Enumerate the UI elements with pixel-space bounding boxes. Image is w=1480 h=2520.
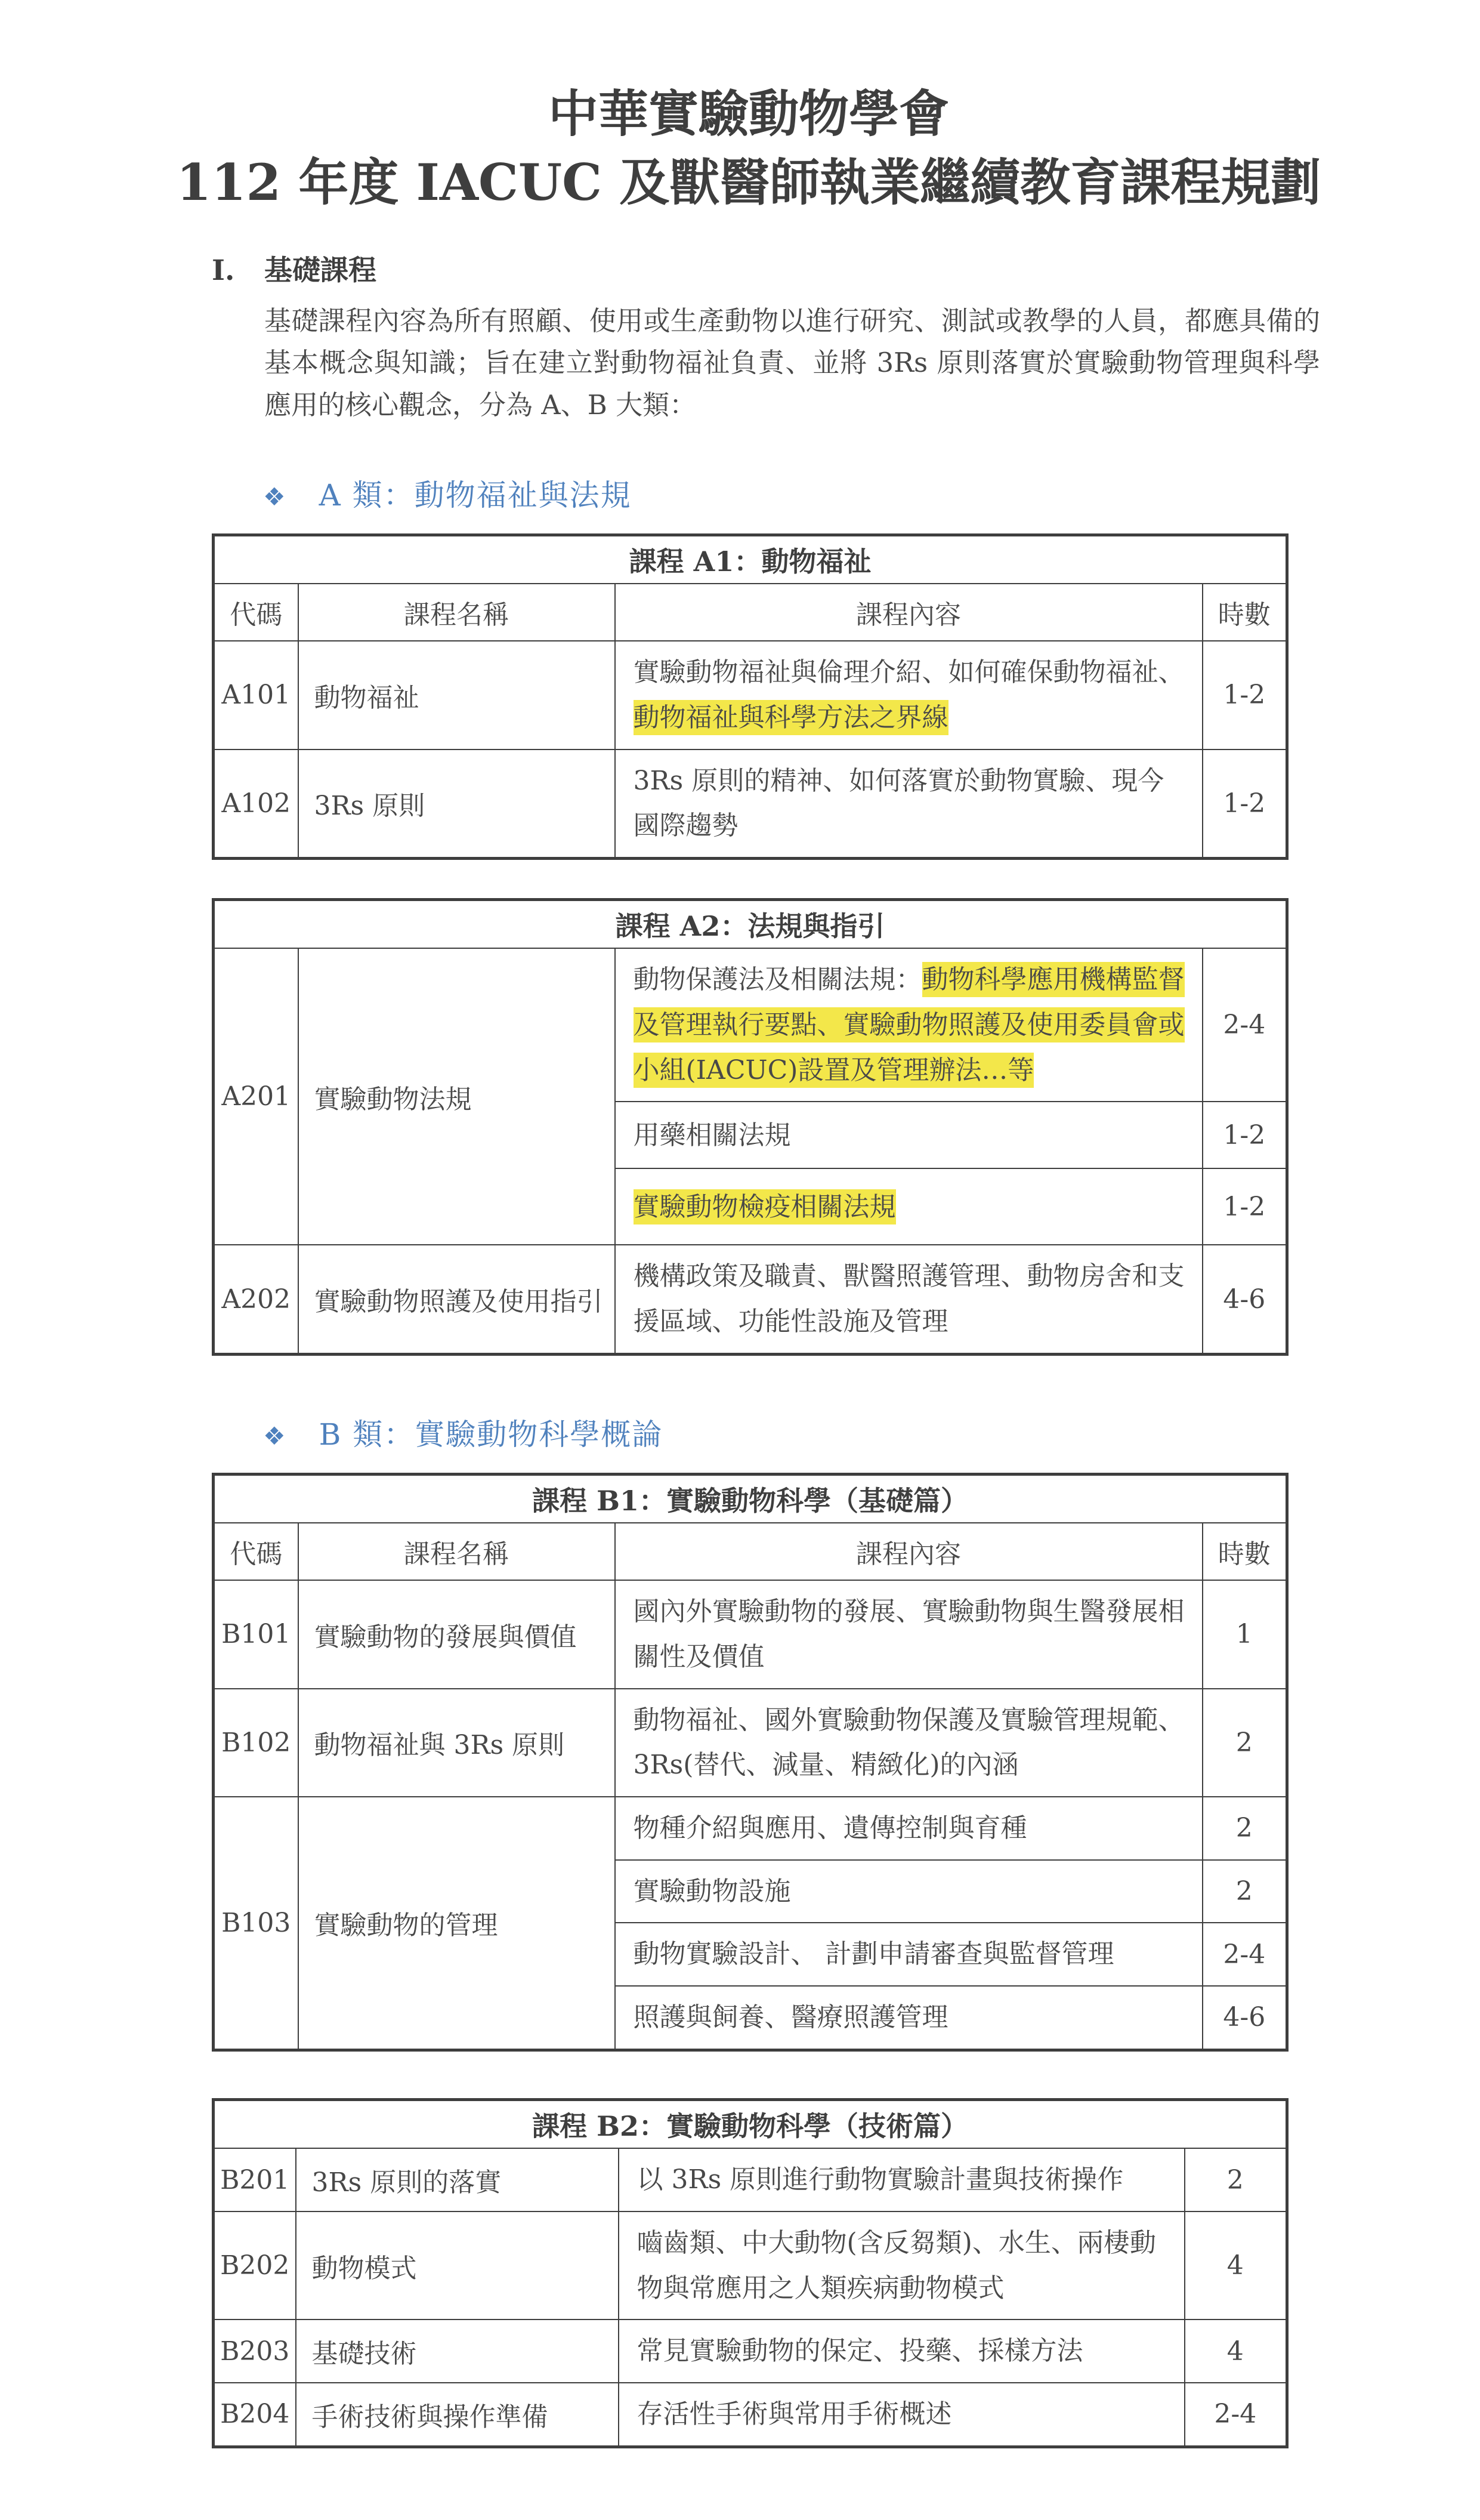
col-header-code: 代碼 <box>214 1523 298 1580</box>
table-header-row: 代碼 課程名稱 課程內容 時數 <box>214 584 1287 641</box>
course-table-b1: 課程 B1：實驗動物科學（基礎篇） 代碼 課程名稱 課程內容 時數 B101 實… <box>212 1473 1289 2052</box>
cell-course-name: 3Rs 原則的落實 <box>296 2148 619 2211</box>
cell-course-hours: 2 <box>1203 1689 1287 1797</box>
cell-course-name: 實驗動物的管理 <box>298 1797 615 2050</box>
cell-course-code: B102 <box>214 1689 298 1797</box>
section-title: 基礎課程 <box>264 248 376 288</box>
course-table-b2: 課程 B2：實驗動物科學（技術篇） B201 3Rs 原則的落實 以 3Rs 原… <box>212 2098 1289 2448</box>
cell-course-hours: 4 <box>1185 2319 1287 2383</box>
section-intro-paragraph: 基礎課程內容為所有照顧、使用或生產動物以進行研究、測試或教學的人員，都應具備的基… <box>264 300 1320 426</box>
cell-course-hours: 1-2 <box>1203 1102 1287 1168</box>
cell-course-hours: 1-2 <box>1203 641 1287 749</box>
course-table-a2: 課程 A2：法規與指引 A201 實驗動物法規 動物保護法及相關法規：動物科學應… <box>212 898 1289 1356</box>
table-title: 課程 B2：實驗動物科學（技術篇） <box>214 2099 1287 2148</box>
category-a-heading: ❖ A 類：動物福祉與法規 <box>212 471 1286 514</box>
cell-course-hours: 4 <box>1185 2211 1287 2319</box>
cell-course-code: A201 <box>214 948 298 1245</box>
cell-course-content: 照護與飼養、醫療照護管理 <box>615 1986 1203 2050</box>
table-row: A202 實驗動物照護及使用指引 機構政策及職責、獸醫照護管理、動物房舍和支援區… <box>214 1245 1287 1354</box>
cell-course-content: 3Rs 原則的精神、如何落實於動物實驗、現今國際趨勢 <box>615 749 1203 859</box>
table-title-row: 課程 B1：實驗動物科學（基礎篇） <box>214 1474 1287 1523</box>
cell-course-hours: 2 <box>1203 1860 1287 1923</box>
cell-course-content: 存活性手術與常用手術概述 <box>619 2383 1185 2447</box>
cell-course-content: 嚙齒類、中大動物(含反芻類)、水生、兩棲動物與常應用之人類疾病動物模式 <box>619 2211 1185 2319</box>
highlighted-text: 實驗動物檢疫相關法規 <box>634 1189 896 1224</box>
table-row: B101 實驗動物的發展與價值 國內外實驗動物的發展、實驗動物與生醫發展相關性及… <box>214 1580 1287 1688</box>
cell-course-code: B204 <box>214 2383 296 2447</box>
cell-course-hours: 4-6 <box>1203 1986 1287 2050</box>
cell-course-name: 動物模式 <box>296 2211 619 2319</box>
cell-course-code: B101 <box>214 1580 298 1688</box>
table-title: 課程 A1：動物福祉 <box>214 535 1287 584</box>
cell-course-code: B202 <box>214 2211 296 2319</box>
col-header-code: 代碼 <box>214 584 298 641</box>
section-number: I. <box>212 254 264 287</box>
cell-course-hours: 2-4 <box>1203 948 1287 1102</box>
cell-course-content: 動物保護法及相關法規：動物科學應用機構監督及管理執行要點、實驗動物照護及使用委員… <box>615 948 1203 1102</box>
course-table-a1: 課程 A1：動物福祉 代碼 課程名稱 課程內容 時數 A101 動物福祉 實驗動… <box>212 533 1289 860</box>
cell-course-code: A101 <box>214 641 298 749</box>
table-title-row: 課程 A2：法規與指引 <box>214 899 1287 948</box>
category-b-heading: ❖ B 類：實驗動物科學概論 <box>212 1411 1286 1454</box>
col-header-name: 課程名稱 <box>298 1523 615 1580</box>
table-title: 課程 A2：法規與指引 <box>214 899 1287 948</box>
cell-course-name: 3Rs 原則 <box>298 749 615 859</box>
cell-course-content: 動物福祉、國外實驗動物保護及實驗管理規範、3Rs(替代、減量、精緻化)的內涵 <box>615 1689 1203 1797</box>
cell-course-content: 實驗動物設施 <box>615 1860 1203 1923</box>
cell-course-content: 實驗動物福祉與倫理介紹、如何確保動物福祉、動物福祉與科學方法之界線 <box>615 641 1203 749</box>
cell-course-code: B103 <box>214 1797 298 2050</box>
cell-course-content: 國內外實驗動物的發展、實驗動物與生醫發展相關性及價值 <box>615 1580 1203 1688</box>
table-row: B204 手術技術與操作準備 存活性手術與常用手術概述 2-4 <box>214 2383 1287 2447</box>
cell-course-name: 基礎技術 <box>296 2319 619 2383</box>
cell-course-content: 動物實驗設計、 計劃申請審查與監督管理 <box>615 1923 1203 1986</box>
cell-course-hours: 2 <box>1185 2148 1287 2211</box>
cell-course-hours: 1 <box>1203 1580 1287 1688</box>
course-plan-title: 112 年度 IACUC 及獸醫師執業繼續教育課程規劃 <box>146 150 1351 215</box>
cell-course-name: 實驗動物法規 <box>298 948 615 1245</box>
diamond-bullet-icon: ❖ <box>263 482 286 511</box>
highlighted-text: 動物福祉與科學方法之界線 <box>634 700 948 735</box>
diamond-bullet-icon: ❖ <box>263 1421 286 1451</box>
col-header-content: 課程內容 <box>615 1523 1203 1580</box>
cell-course-content: 用藥相關法規 <box>615 1102 1203 1168</box>
cell-course-code: A102 <box>214 749 298 859</box>
cell-course-hours: 1-2 <box>1203 1168 1287 1245</box>
col-header-hours: 時數 <box>1203 584 1287 641</box>
table-row: B102 動物福祉與 3Rs 原則 動物福祉、國外實驗動物保護及實驗管理規範、3… <box>214 1689 1287 1797</box>
cell-course-content: 實驗動物檢疫相關法規 <box>615 1168 1203 1245</box>
table-title: 課程 B1：實驗動物科學（基礎篇） <box>214 1474 1287 1523</box>
cell-course-name: 手術技術與操作準備 <box>296 2383 619 2447</box>
category-a-label: A 類：動物福祉與法規 <box>319 471 632 514</box>
cell-course-name: 實驗動物照護及使用指引 <box>298 1245 615 1354</box>
section-heading: I. 基礎課程 <box>212 248 1286 288</box>
col-header-name: 課程名稱 <box>298 584 615 641</box>
table-row: A102 3Rs 原則 3Rs 原則的精神、如何落實於動物實驗、現今國際趨勢 1… <box>214 749 1287 859</box>
cell-course-content: 常見實驗動物的保定、投藥、採樣方法 <box>619 2319 1185 2383</box>
cell-course-content: 以 3Rs 原則進行動物實驗計畫與技術操作 <box>619 2148 1185 2211</box>
cell-course-hours: 2-4 <box>1203 1923 1287 1986</box>
cell-course-content: 物種介紹與應用、遺傳控制與育種 <box>615 1797 1203 1860</box>
table-title-row: 課程 A1：動物福祉 <box>214 535 1287 584</box>
col-header-hours: 時數 <box>1203 1523 1287 1580</box>
table-row: B203 基礎技術 常見實驗動物的保定、投藥、採樣方法 4 <box>214 2319 1287 2383</box>
table-row: B103 實驗動物的管理 物種介紹與應用、遺傳控制與育種 2 <box>214 1797 1287 1860</box>
cell-course-name: 動物福祉 <box>298 641 615 749</box>
org-title: 中華實驗動物學會 <box>146 82 1351 145</box>
table-row: A201 實驗動物法規 動物保護法及相關法規：動物科學應用機構監督及管理執行要點… <box>214 948 1287 1102</box>
cell-course-name: 實驗動物的發展與價值 <box>298 1580 615 1688</box>
table-header-row: 代碼 課程名稱 課程內容 時數 <box>214 1523 1287 1580</box>
table-title-row: 課程 B2：實驗動物科學（技術篇） <box>214 2099 1287 2148</box>
cell-course-name: 動物福祉與 3Rs 原則 <box>298 1689 615 1797</box>
cell-course-code: B203 <box>214 2319 296 2383</box>
cell-course-hours: 4-6 <box>1203 1245 1287 1354</box>
category-b-label: B 類：實驗動物科學概論 <box>319 1411 663 1454</box>
table-row: A101 動物福祉 實驗動物福祉與倫理介紹、如何確保動物福祉、動物福祉與科學方法… <box>214 641 1287 749</box>
cell-course-code: B201 <box>214 2148 296 2211</box>
cell-course-hours: 2-4 <box>1185 2383 1287 2447</box>
table-row: B201 3Rs 原則的落實 以 3Rs 原則進行動物實驗計畫與技術操作 2 <box>214 2148 1287 2211</box>
cell-course-hours: 2 <box>1203 1797 1287 1860</box>
document-title-block: 中華實驗動物學會 112 年度 IACUC 及獸醫師執業繼續教育課程規劃 <box>146 82 1351 215</box>
cell-course-content: 機構政策及職責、獸醫照護管理、動物房舍和支援區域、功能性設施及管理 <box>615 1245 1203 1354</box>
document-page: 中華實驗動物學會 112 年度 IACUC 及獸醫師執業繼續教育課程規劃 I. … <box>0 0 1480 2520</box>
col-header-content: 課程內容 <box>615 584 1203 641</box>
cell-course-code: A202 <box>214 1245 298 1354</box>
cell-course-hours: 1-2 <box>1203 749 1287 859</box>
table-row: B202 動物模式 嚙齒類、中大動物(含反芻類)、水生、兩棲動物與常應用之人類疾… <box>214 2211 1287 2319</box>
